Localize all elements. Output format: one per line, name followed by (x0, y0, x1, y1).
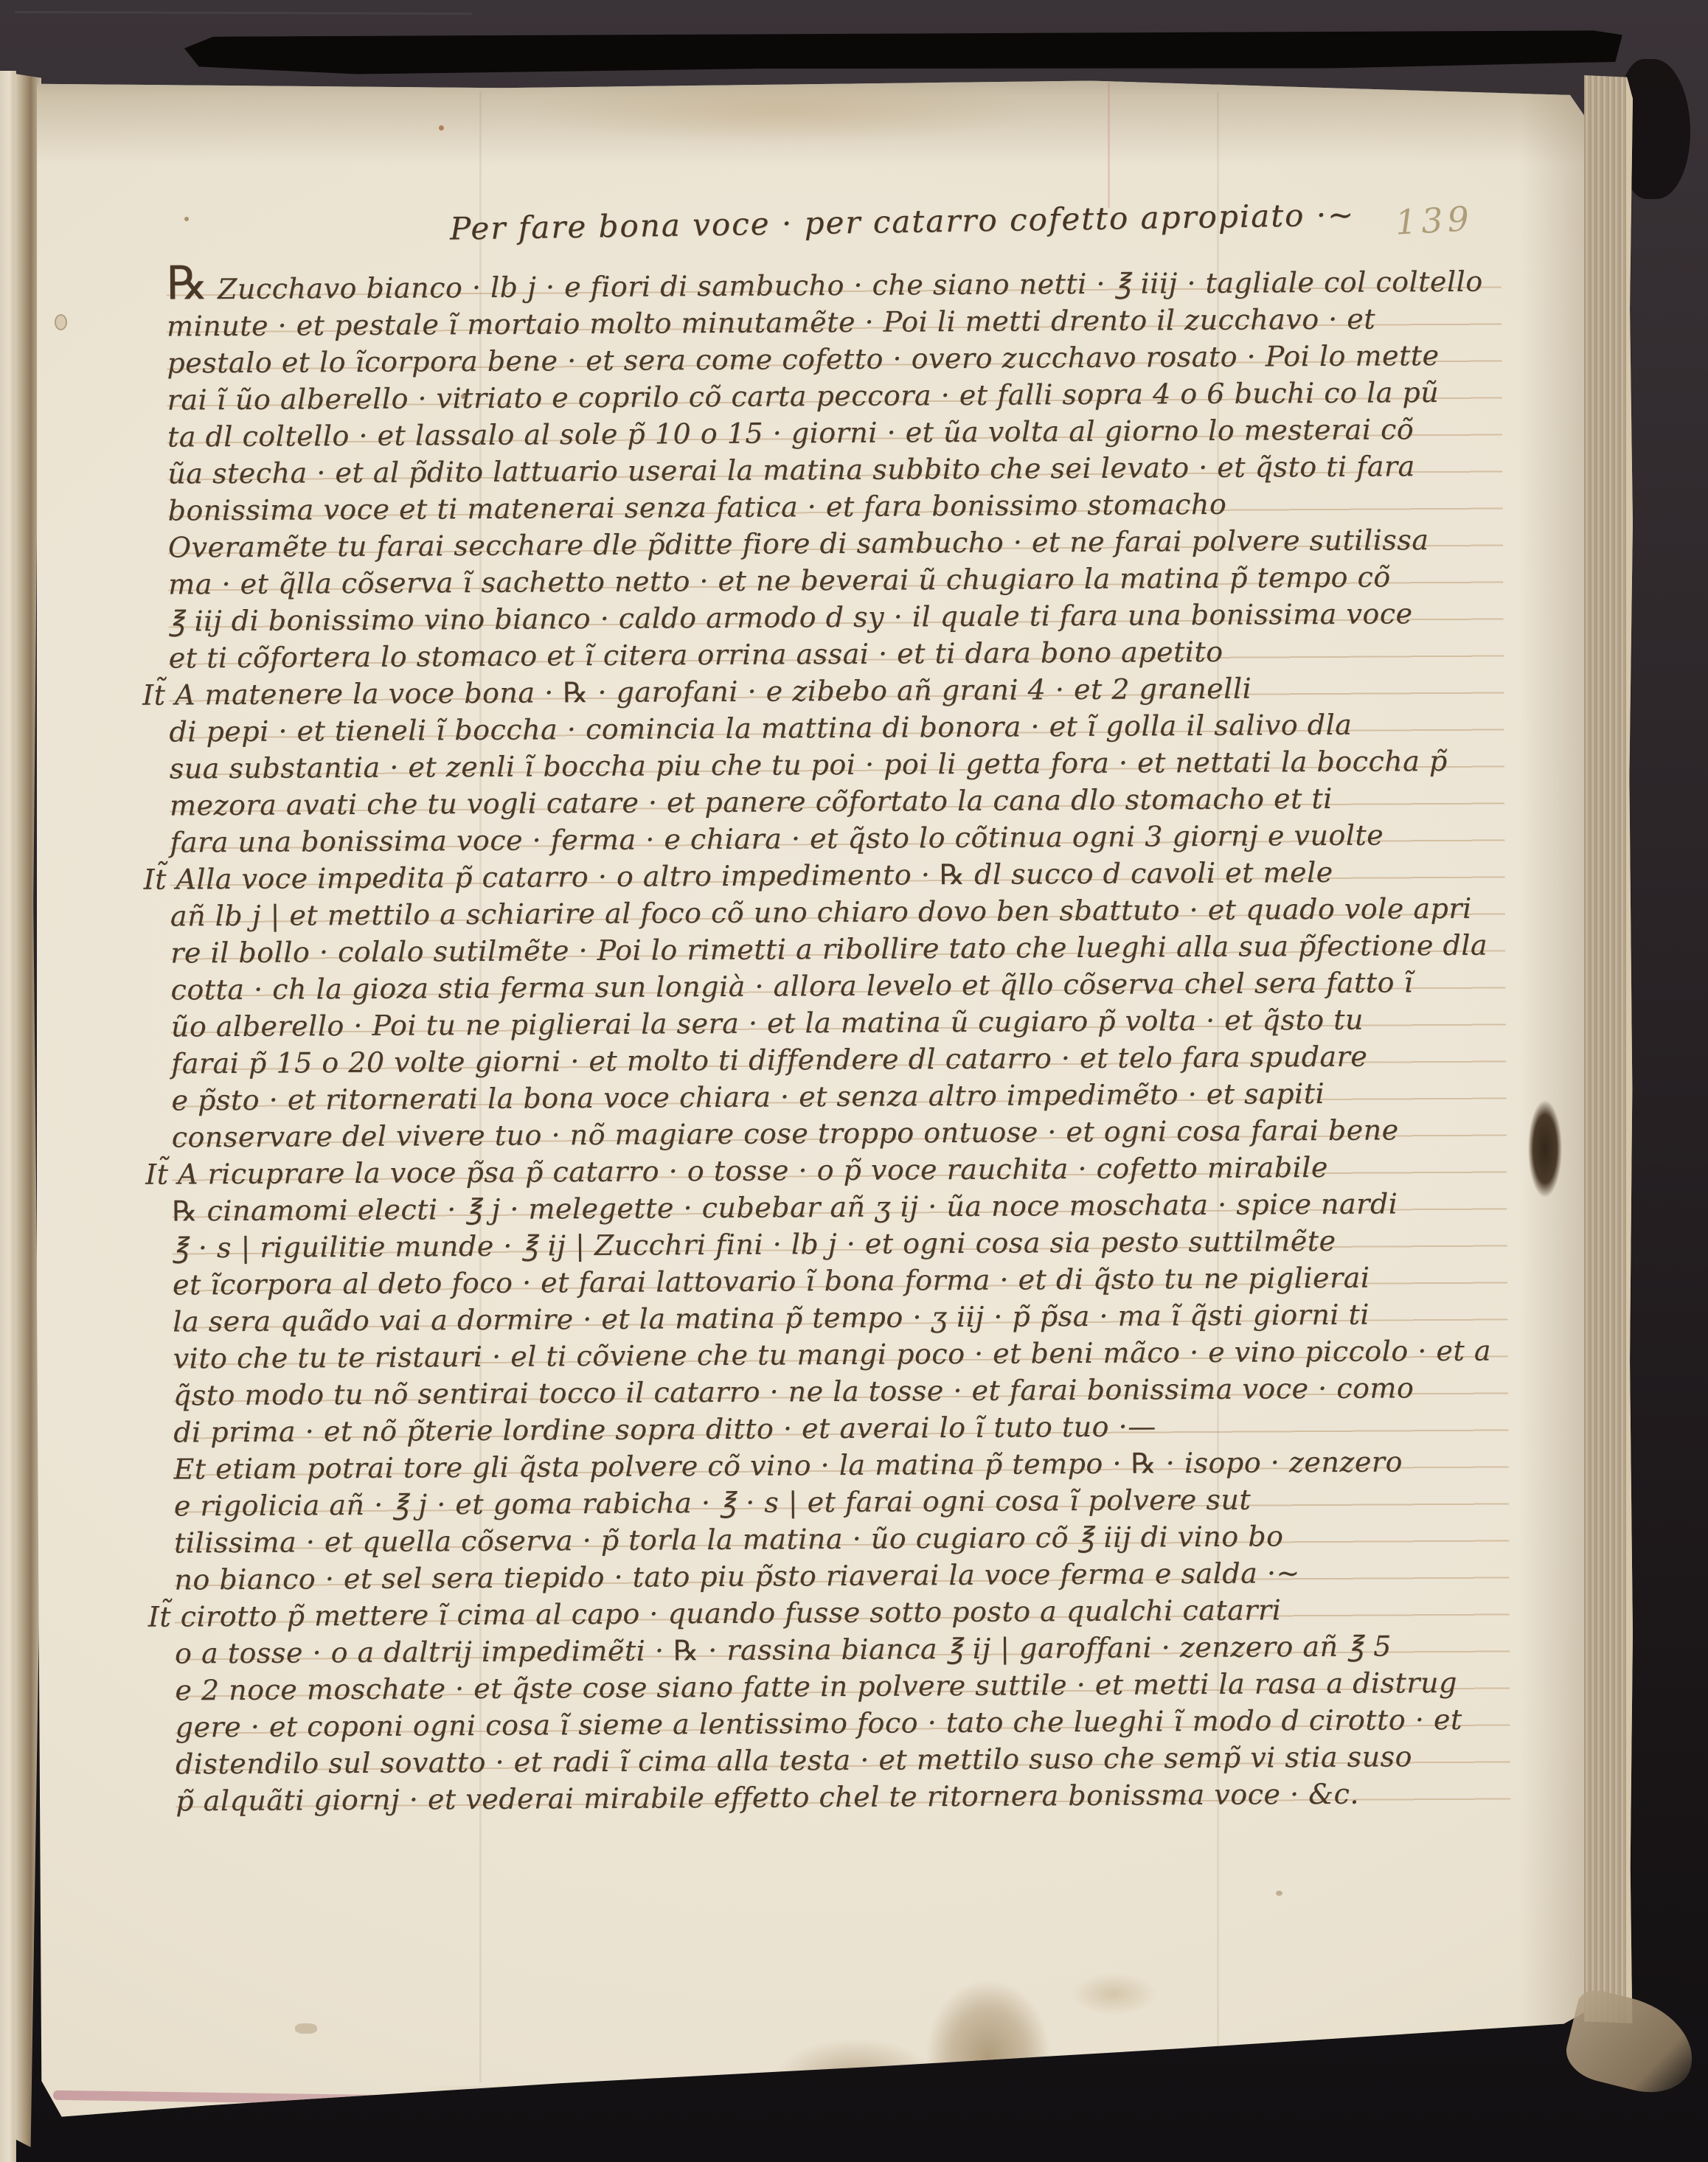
stain (926, 1979, 1051, 2134)
wormhole (55, 314, 67, 330)
manuscript-photo: Per fare bona voce · per catarro cofetto… (0, 0, 1708, 2162)
stain (524, 78, 1040, 145)
speck-stain (461, 394, 465, 399)
book-fore-edge-corner (1561, 1986, 1704, 2102)
backdrop-streak (15, 11, 472, 15)
stain (774, 2038, 937, 2119)
folio-number: 139 (1395, 198, 1474, 242)
speck-stain (1276, 1891, 1282, 1896)
speck-stain (439, 125, 444, 131)
recipe-title: Per fare bona voce · per catarro cofetto… (450, 196, 1355, 246)
manuscript-text-block: ℞ Zucchavo bianco · lb j · e fiori di sa… (167, 257, 1511, 1819)
speck-stain (295, 2023, 317, 2034)
facing-page-edge (0, 71, 16, 2162)
manuscript-line: p̃ alquãti giornj · et vederai mirabile … (176, 1774, 1510, 1819)
page-bottom-pink-edge (53, 2090, 1027, 2113)
stain (420, 2086, 1010, 2103)
manuscript-page: Per fare bona voce · per catarro cofetto… (37, 77, 1586, 2118)
book-fore-edge (1584, 75, 1633, 2023)
pink-offset-mark (1108, 83, 1110, 208)
backdrop-shadow-bar (184, 28, 1622, 75)
speck-stain (184, 217, 189, 221)
stain (1069, 1972, 1158, 2016)
